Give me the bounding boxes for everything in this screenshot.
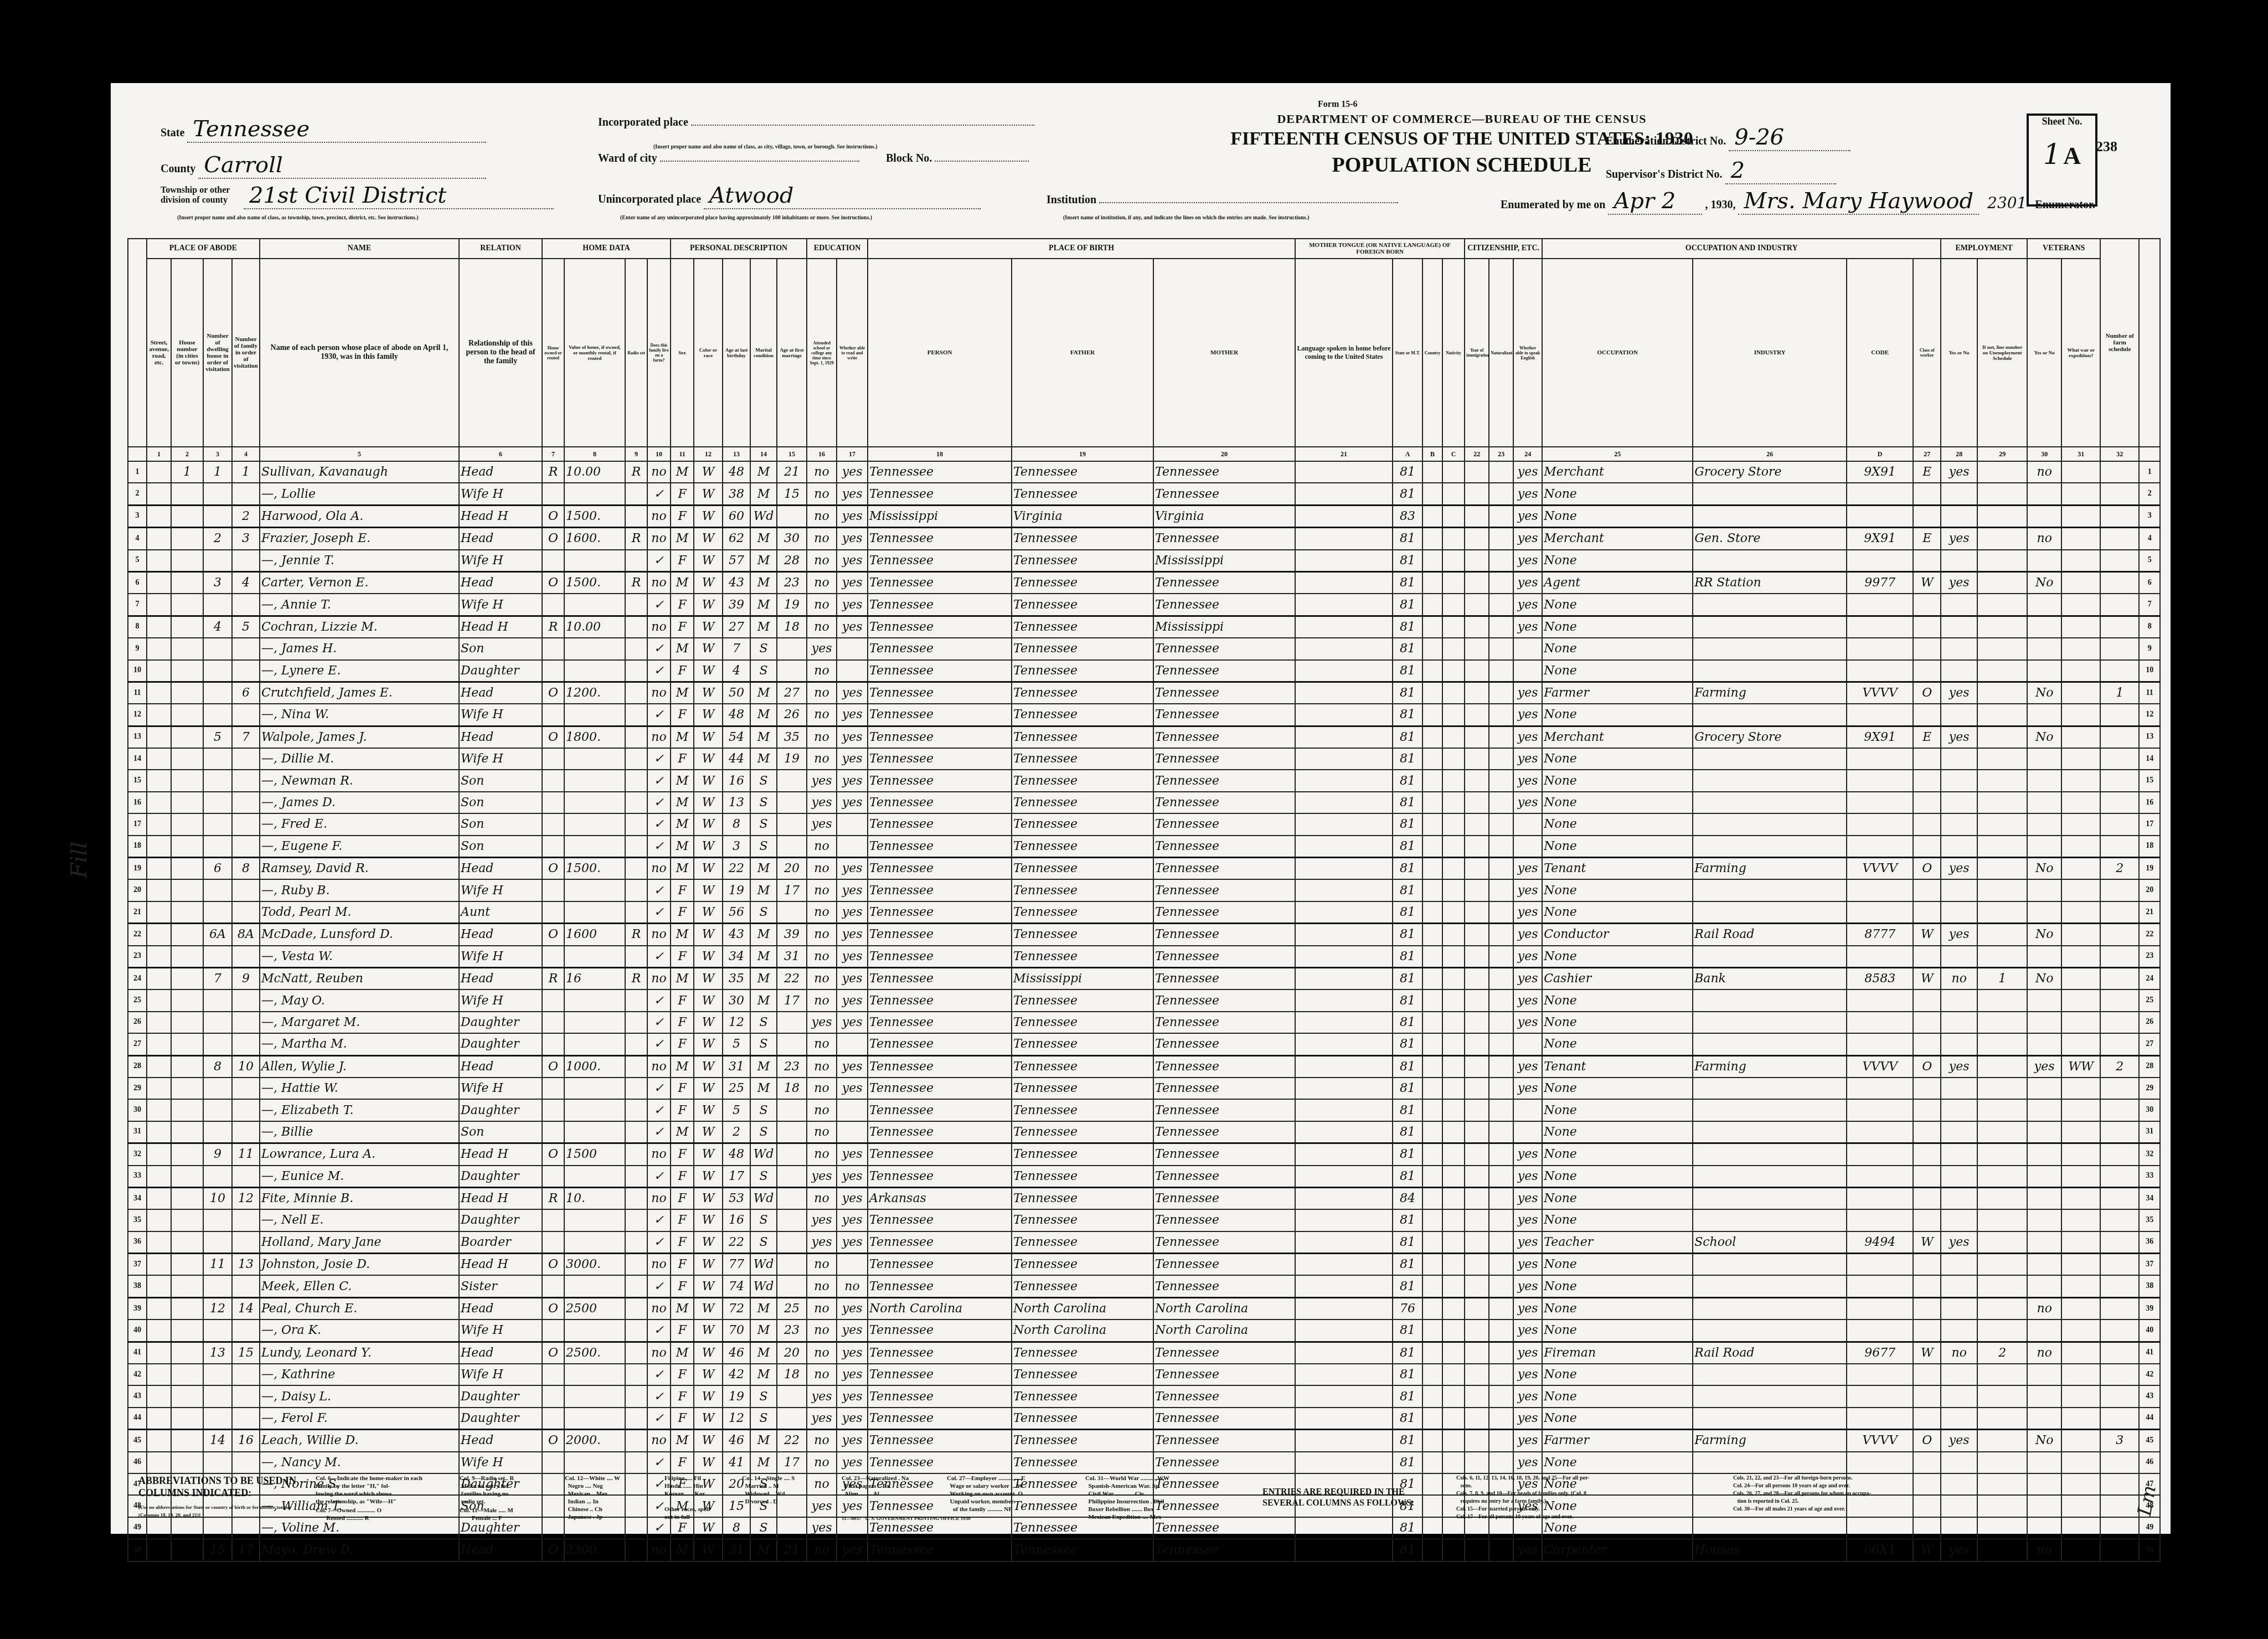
cell-unemp-line [1977,1364,2027,1385]
cell-code-a: 81 [1393,1320,1422,1342]
line-number: 11 [128,682,147,704]
cell-age-marriage: 22 [777,967,807,989]
cell-veteran [2027,594,2061,616]
cell-radio [625,1012,647,1033]
cell-family: 6 [232,682,260,704]
cell-pob-father: Tennessee [1012,748,1153,770]
cell-race: W [694,989,723,1011]
cell-race: W [694,967,723,989]
cell-age-marriage: 21 [777,461,807,483]
cell-immigration [1465,1012,1489,1033]
cell-language [1295,792,1393,813]
cell-relation: Boarder [459,1231,542,1254]
cell-naturalization [1489,1254,1513,1276]
cell-occupation: Conductor [1542,924,1693,946]
footer-col27: Col. 27—Employer .............. E Wage o… [947,1475,1025,1513]
cell-unemp-line [1977,1231,2027,1254]
cell-family: 9 [232,967,260,989]
cell-street [147,505,171,527]
line-number: 42 [128,1364,147,1385]
cell-code-d [1847,946,1913,968]
cell-code-a: 81 [1393,1364,1422,1385]
cell-house [171,1143,203,1166]
cell-pob: Tennessee [868,726,1012,748]
cell-read: yes [837,1408,868,1430]
cell-family: 1 [232,461,260,483]
table-row: 7—, Annie T.Wife H✓FW39M19noyesTennessee… [128,594,2160,616]
cell-tenure [542,594,564,616]
cell-street [147,1342,171,1364]
cell-naturalization [1489,660,1513,682]
table-row: 634Carter, Vernon E.HeadO1500.RnoMW43M23… [128,571,2160,594]
cell-pob-father: Tennessee [1012,571,1153,594]
cell-naturalization [1489,1430,1513,1452]
line-number-right: 40 [2139,1320,2160,1342]
cell-name: —, Annie T. [260,594,459,616]
cell-code-b [1422,1385,1442,1407]
cell-house [171,616,203,638]
cell-industry [1693,1078,1847,1099]
cell-race: W [694,638,723,659]
cell-read: yes [837,1364,868,1385]
cell-immigration [1465,1385,1489,1407]
cell-tenure [542,638,564,659]
cell-immigration [1465,1342,1489,1364]
cell-industry [1693,748,1847,770]
footer-col6: Col. 6—Indicate the home-maker in each f… [316,1475,422,1506]
cell-pob-mother: Mississippi [1153,616,1295,638]
cell-farm: ✓ [647,813,671,835]
cell-street [147,1187,171,1209]
cell-name: —, Eugene F. [260,836,459,858]
cell-value: 2300. [564,1539,625,1561]
cell-family [232,704,260,726]
cell-pob-father: Mississippi [1012,967,1153,989]
cell-code-b [1422,682,1442,704]
cell-age: 12 [723,1408,750,1430]
cell-industry [1693,1012,1847,1033]
cell-street [147,1055,171,1078]
cell-age-marriage [777,1209,807,1231]
group-name: NAME [260,239,459,259]
cell-language [1295,858,1393,880]
cell-pob-mother: Tennessee [1153,924,1295,946]
cell-radio [625,1320,647,1342]
cell-veteran [2027,879,2061,901]
cell-school: yes [807,1012,837,1033]
census-sheet: Form 15-6 DEPARTMENT OF COMMERCE—BUREAU … [111,83,2171,1534]
naturalization-header: Naturalization [1489,259,1513,447]
cell-english: yes [1513,461,1542,483]
cell-veteran [2027,946,2061,968]
cell-industry [1693,638,1847,659]
cell-house [171,1430,203,1452]
cell-code-d: VVVV [1847,1055,1913,1078]
cell-dwelling [203,660,232,682]
column-number: C [1442,447,1465,461]
cell-read [837,638,868,659]
cell-tenure [542,792,564,813]
cell-at-work [1941,792,1977,813]
cell-race: W [694,660,723,682]
cell-war [2061,1187,2100,1209]
cell-naturalization [1489,1166,1513,1188]
cell-code-a: 81 [1393,616,1422,638]
cell-unemp-line [1977,528,2027,550]
cell-industry [1693,1166,1847,1188]
line-number-header [128,239,147,447]
cell-tenure [542,1099,564,1121]
cell-school: no [807,550,837,572]
cell-code-a: 81 [1393,1099,1422,1121]
cell-age: 34 [723,946,750,968]
cell-war [2061,616,2100,638]
cell-occupation: None [1542,1121,1693,1143]
cell-tenure [542,836,564,858]
cell-school: no [807,528,837,550]
group-veterans: VETERANS [2027,239,2100,259]
cell-age-marriage [777,792,807,813]
cell-school: no [807,594,837,616]
cell-pob: Tennessee [868,483,1012,505]
cell-tenure [542,1231,564,1254]
cell-farm-sched [2100,901,2139,924]
cell-pob: Tennessee [868,550,1012,572]
cell-worker-class: W [1913,1342,1941,1364]
cell-at-work [1941,770,1977,791]
cell-family: 14 [232,1297,260,1320]
immigration-header: Year of immigration [1465,259,1489,447]
cell-code-c [1442,967,1465,989]
cell-worker-class [1913,1033,1941,1055]
cell-veteran: no [2027,1342,2061,1364]
cell-naturalization [1489,483,1513,505]
cell-pob: Tennessee [868,616,1012,638]
cell-immigration [1465,550,1489,572]
line-number-right: 6 [2139,571,2160,594]
cell-school: yes [807,1385,837,1407]
cell-street [147,1078,171,1099]
cell-farm-sched [2100,616,2139,638]
cell-age-marriage [777,1166,807,1188]
line-number-right: 29 [2139,1078,2160,1099]
cell-occupation: Farmer [1542,1430,1693,1452]
cell-school: no [807,1187,837,1209]
cell-school: no [807,616,837,638]
cell-language [1295,1539,1393,1561]
cell-pob: Tennessee [868,571,1012,594]
cell-age: 60 [723,505,750,527]
cell-tenure: O [542,1297,564,1320]
state-value: Tennessee [187,116,486,143]
cell-school: no [807,967,837,989]
cell-school: no [807,571,837,594]
cell-sex: F [671,1275,694,1297]
cell-house [171,505,203,527]
cell-english: yes [1513,1320,1542,1342]
cell-veteran: No [2027,726,2061,748]
cell-value: 1500 [564,1143,625,1166]
cell-dwelling [203,1385,232,1407]
cell-veteran [2027,550,2061,572]
cell-war [2061,1121,2100,1143]
cell-dwelling [203,1231,232,1254]
cell-war [2061,505,2100,527]
cell-code-a: 81 [1393,879,1422,901]
cell-code-a: 81 [1393,1430,1422,1452]
cell-at-work [1941,483,1977,505]
cell-radio [625,550,647,572]
cell-race: W [694,1078,723,1099]
cell-pob: Tennessee [868,660,1012,682]
cell-farm: no [647,461,671,483]
cell-house [171,726,203,748]
cell-farm: no [647,616,671,638]
cell-language [1295,1430,1393,1452]
cell-code-d [1847,550,1913,572]
cell-family [232,483,260,505]
cell-farm: no [647,1187,671,1209]
cell-family [232,1033,260,1055]
cell-house [171,901,203,924]
cell-value [564,748,625,770]
cell-unemp-line [1977,1099,2027,1121]
cell-veteran: No [2027,571,2061,594]
cell-school: no [807,483,837,505]
column-number: 32 [2100,447,2139,461]
line-number: 14 [128,748,147,770]
cell-farm: no [647,1143,671,1166]
cell-read: yes [837,1078,868,1099]
cell-tenure [542,1408,564,1430]
cell-age-marriage [777,813,807,835]
cell-english: yes [1513,1430,1542,1452]
cell-farm-sched [2100,813,2139,835]
cell-at-work [1941,1364,1977,1385]
cell-street [147,748,171,770]
cell-veteran [2027,704,2061,726]
cell-pob-father: Tennessee [1012,1187,1153,1209]
cell-at-work: yes [1941,924,1977,946]
cell-language [1295,638,1393,659]
cell-naturalization [1489,594,1513,616]
cell-pob-father: Tennessee [1012,792,1153,813]
line-number: 10 [128,660,147,682]
cell-name: —, Martha M. [260,1033,459,1055]
cell-read: yes [837,792,868,813]
cell-relation: Wife H [459,594,542,616]
line-number: 31 [128,1121,147,1143]
cell-code-c [1442,924,1465,946]
line-number: 19 [128,858,147,880]
relation-header: Relationship of this person to the head … [459,259,542,447]
cell-code-c [1442,1364,1465,1385]
cell-sex: F [671,550,694,572]
cell-code-d: VVVV [1847,682,1913,704]
line-number: 40 [128,1320,147,1342]
cell-tenure: R [542,461,564,483]
cell-code-c [1442,660,1465,682]
cell-war [2061,638,2100,659]
cell-tenure [542,1385,564,1407]
cell-dwelling: 9 [203,1143,232,1166]
cell-pob-father: Tennessee [1012,1430,1153,1452]
line-number: 8 [128,616,147,638]
line-number-right: 3 [2139,505,2160,527]
cell-war [2061,1385,2100,1407]
cell-farm-sched [2100,879,2139,901]
cell-occupation: Teacher [1542,1231,1693,1254]
enumeration-district-field: Enumeration District No. 9-26 [1606,125,1851,151]
cell-farm: ✓ [647,1364,671,1385]
cell-radio [625,616,647,638]
cell-code-c [1442,1209,1465,1231]
form-number: Form 15-6 [1318,100,1358,110]
cell-language [1295,1078,1393,1099]
cell-farm: no [647,571,671,594]
cell-language [1295,1166,1393,1188]
cell-code-a: 81 [1393,726,1422,748]
cell-tenure: R [542,967,564,989]
cell-school: no [807,989,837,1011]
cell-house [171,571,203,594]
cell-marital: S [750,1012,777,1033]
sex-header: Sex [671,259,694,447]
cell-relation: Daughter [459,1385,542,1407]
cell-veteran: No [2027,858,2061,880]
state-field: State Tennessee [161,116,486,143]
cell-name: —, Newman R. [260,770,459,791]
cell-relation: Head [459,726,542,748]
cell-language [1295,879,1393,901]
cell-occupation: Merchant [1542,726,1693,748]
table-row: 36Holland, Mary JaneBoarder✓FW22SyesyesT… [128,1231,2160,1254]
cell-age: 7 [723,638,750,659]
cell-veteran: no [2027,1297,2061,1320]
cell-veteran [2027,1166,2061,1188]
cell-read: yes [837,1012,868,1033]
cell-name: Allen, Wylie J. [260,1055,459,1078]
cell-occupation: Farmer [1542,682,1693,704]
cell-marital: M [750,1539,777,1561]
cell-house [171,594,203,616]
cell-street [147,1254,171,1276]
cell-pob-father: Tennessee [1012,704,1153,726]
cell-farm-sched [2100,1275,2139,1297]
cell-family: 7 [232,726,260,748]
cell-language [1295,1099,1393,1121]
cell-tenure [542,704,564,726]
cell-marital: M [750,946,777,968]
cell-pob-father: Tennessee [1012,1078,1153,1099]
cell-code-d [1847,1099,1913,1121]
pob-person-header: PERSON [868,259,1012,447]
cell-pob-father: Tennessee [1012,1342,1153,1364]
age-header: Age at last birthday [723,259,750,447]
cell-pob-mother: Tennessee [1153,858,1295,880]
column-number: 27 [1913,447,1941,461]
cell-dwelling [203,638,232,659]
cell-naturalization [1489,1033,1513,1055]
cell-english [1513,660,1542,682]
farm-header: Does this family live on a farm? [647,259,671,447]
cell-code-a: 81 [1393,1275,1422,1297]
cell-house [171,1055,203,1078]
cell-relation: Daughter [459,1099,542,1121]
cell-radio [625,1364,647,1385]
cell-immigration [1465,748,1489,770]
line-number-right: 35 [2139,1209,2160,1231]
group-citizenship: CITIZENSHIP, ETC. [1465,239,1542,259]
cell-marital: M [750,967,777,989]
cell-sex: F [671,704,694,726]
cell-house [171,1033,203,1055]
cell-age: 42 [723,1364,750,1385]
cell-code-a: 83 [1393,505,1422,527]
cell-immigration [1465,1033,1489,1055]
cell-occupation: None [1542,1408,1693,1430]
line-number-right: 41 [2139,1342,2160,1364]
cell-radio [625,1143,647,1166]
cell-at-work: yes [1941,1055,1977,1078]
cell-immigration [1465,1187,1489,1209]
cell-industry [1693,660,1847,682]
cell-occupation: None [1542,1166,1693,1188]
table-row: 501517Mayo, Drew D.HeadO2300.noMW31M21no… [128,1539,2160,1561]
cell-age: 27 [723,616,750,638]
line-number: 39 [128,1297,147,1320]
cell-naturalization [1489,1209,1513,1231]
cell-at-work [1941,879,1977,901]
cell-dwelling [203,1078,232,1099]
cell-pob-mother: Tennessee [1153,1033,1295,1055]
cell-code-a: 81 [1393,770,1422,791]
cell-code-b [1422,770,1442,791]
cell-pob-father: Tennessee [1012,1209,1153,1231]
line-number: 1 [128,461,147,483]
cell-unemp-line [1977,1209,2027,1231]
cell-family [232,1385,260,1407]
cell-farm: ✓ [647,836,671,858]
cell-name: —, Kathrine [260,1364,459,1385]
cell-immigration [1465,1254,1489,1276]
cell-code-d [1847,1033,1913,1055]
cell-at-work: yes [1941,1231,1977,1254]
cell-dwelling: 7 [203,967,232,989]
cell-dwelling [203,505,232,527]
cell-code-a: 81 [1393,461,1422,483]
cell-code-c [1442,1121,1465,1143]
cell-tenure [542,879,564,901]
cell-age: 3 [723,836,750,858]
cell-age-marriage: 23 [777,1055,807,1078]
cell-relation: Head H [459,1254,542,1276]
cell-code-c [1442,836,1465,858]
cell-marital: S [750,836,777,858]
cell-pob-mother: Tennessee [1153,483,1295,505]
cell-name: Johnston, Josie D. [260,1254,459,1276]
line-number: 32 [128,1143,147,1166]
table-row: 116Crutchfield, James E.HeadO1200.noMW50… [128,682,2160,704]
cell-farm: ✓ [647,704,671,726]
line-number: 3 [128,505,147,527]
cell-value: 3000. [564,1254,625,1276]
cell-name: Carter, Vernon E. [260,571,459,594]
cell-pob: Tennessee [868,1078,1012,1099]
cell-pob-father: Tennessee [1012,594,1153,616]
cell-code-a: 81 [1393,1385,1422,1407]
cell-pob-mother: Tennessee [1153,836,1295,858]
